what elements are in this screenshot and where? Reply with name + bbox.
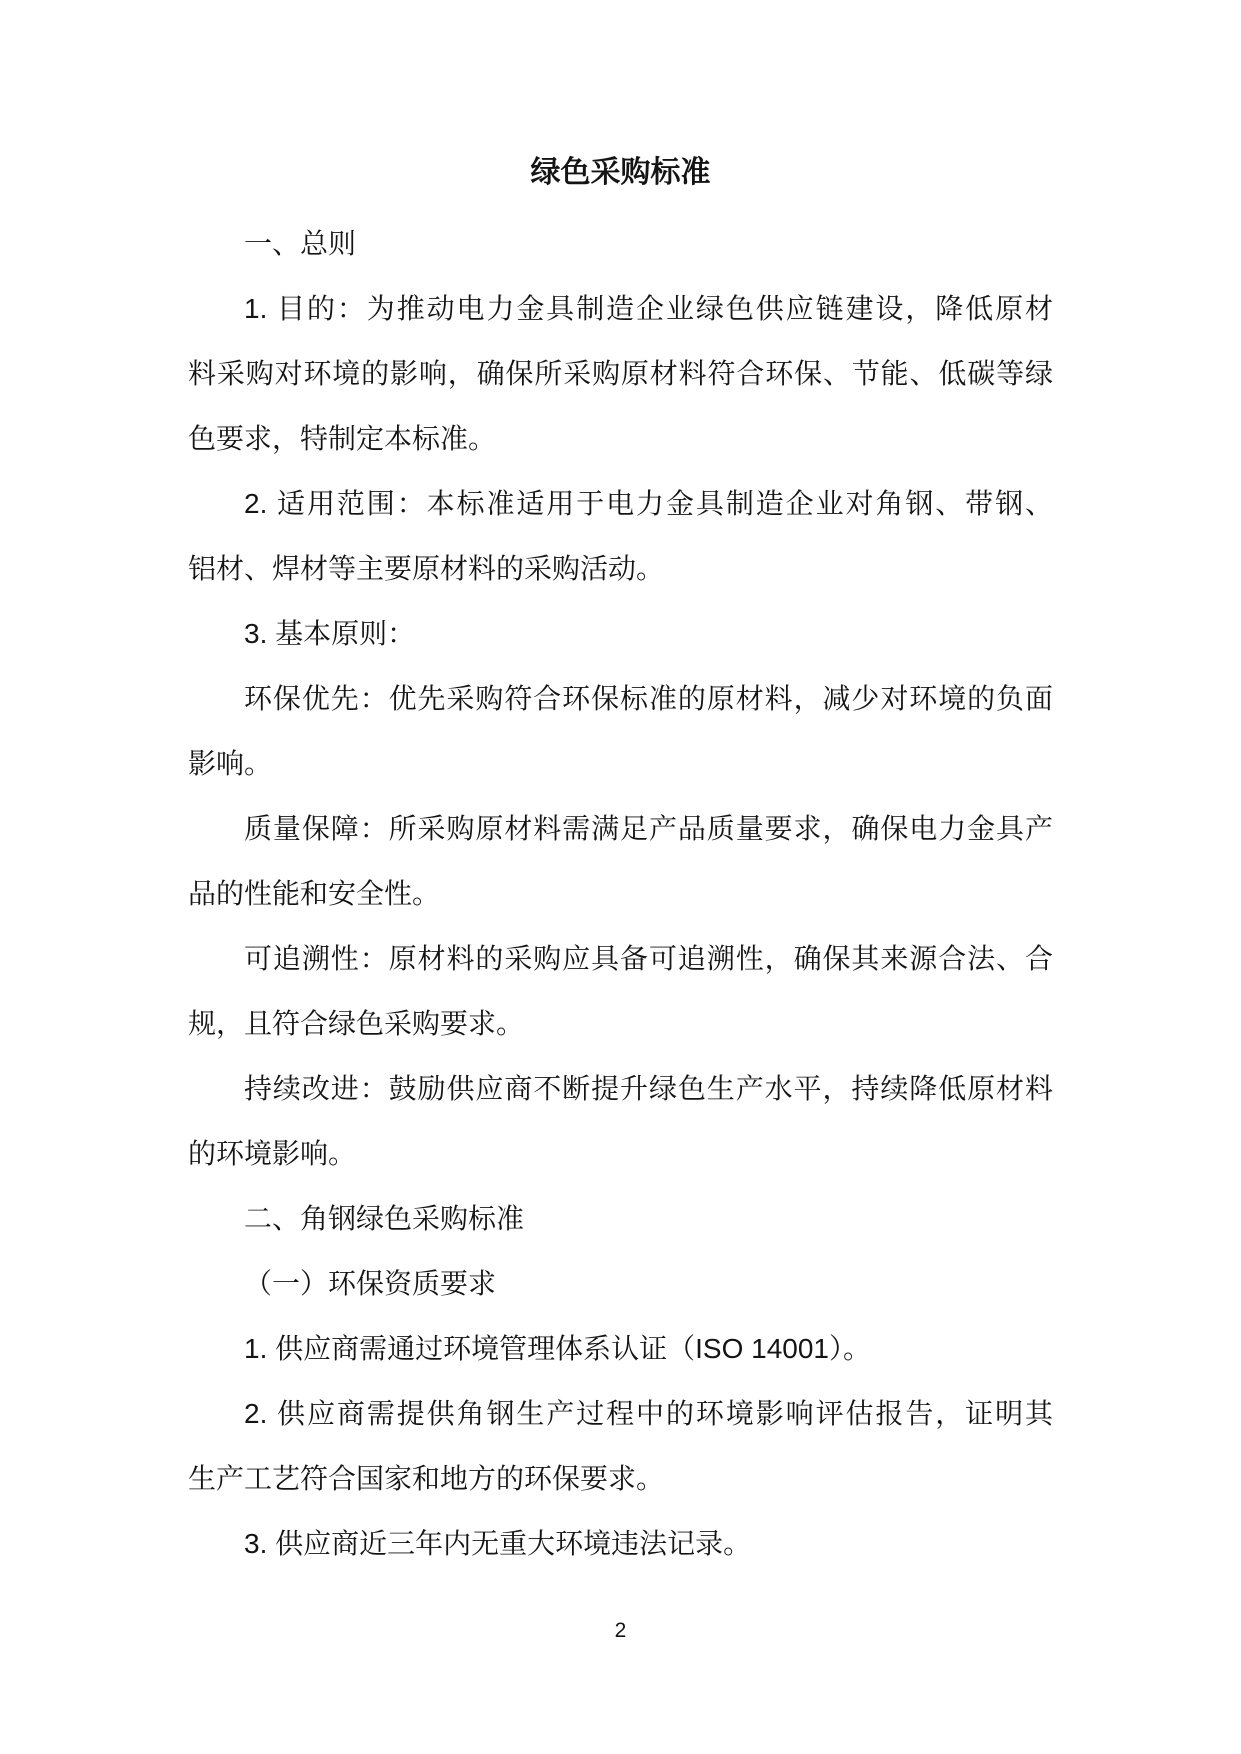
paragraph-line: 环保优先：优先采购符合环保标准的原材料，减少对环境的负面 [188, 666, 1053, 731]
paragraph: （一）环保资质要求 [188, 1251, 1053, 1316]
paragraph-line: 色要求，特制定本标准。 [188, 406, 1053, 471]
paragraph: 质量保障：所采购原材料需满足产品质量要求，确保电力金具产品的性能和安全性。 [188, 796, 1053, 926]
paragraph-line: 生产工艺符合国家和地方的环保要求。 [188, 1446, 1053, 1511]
paragraph-line: 可追溯性：原材料的采购应具备可追溯性，确保其来源合法、合 [188, 926, 1053, 991]
paragraph-line: 一、总则 [188, 211, 1053, 276]
paragraph-line: 影响。 [188, 731, 1053, 796]
paragraph-line: 1. 目的：为推动电力金具制造企业绿色供应链建设，降低原材 [188, 276, 1053, 341]
paragraph: 3. 供应商近三年内无重大环境违法记录。 [188, 1511, 1053, 1576]
paragraph: 3. 基本原则： [188, 601, 1053, 666]
paragraph: 一、总则 [188, 211, 1053, 276]
paragraph-line: 品的性能和安全性。 [188, 861, 1053, 926]
paragraph: 2. 供应商需提供角钢生产过程中的环境影响评估报告，证明其生产工艺符合国家和地方… [188, 1381, 1053, 1511]
paragraph-line: 的环境影响。 [188, 1121, 1053, 1186]
paragraph: 1. 供应商需通过环境管理体系认证（ISO 14001）。 [188, 1316, 1053, 1381]
paragraph-line: 规，且符合绿色采购要求。 [188, 991, 1053, 1056]
document-title: 绿色采购标准 [188, 150, 1053, 196]
paragraph-line: 铝材、焊材等主要原材料的采购活动。 [188, 536, 1053, 601]
paragraph-line: 3. 供应商近三年内无重大环境违法记录。 [188, 1511, 1053, 1576]
paragraph-line: 料采购对环境的影响，确保所采购原材料符合环保、节能、低碳等绿 [188, 341, 1053, 406]
paragraph: 1. 目的：为推动电力金具制造企业绿色供应链建设，降低原材料采购对环境的影响，确… [188, 276, 1053, 471]
page-number: 2 [615, 1619, 627, 1642]
paragraph-line: 质量保障：所采购原材料需满足产品质量要求，确保电力金具产 [188, 796, 1053, 861]
paragraph-line: 2. 供应商需提供角钢生产过程中的环境影响评估报告，证明其 [188, 1381, 1053, 1446]
document-body: 一、总则1. 目的：为推动电力金具制造企业绿色供应链建设，降低原材料采购对环境的… [188, 211, 1053, 1576]
paragraph-line: 2. 适用范围：本标准适用于电力金具制造企业对角钢、带钢、 [188, 471, 1053, 536]
paragraph-line: 二、角钢绿色采购标准 [188, 1186, 1053, 1251]
paragraph: 可追溯性：原材料的采购应具备可追溯性，确保其来源合法、合规，且符合绿色采购要求。 [188, 926, 1053, 1056]
paragraph: 环保优先：优先采购符合环保标准的原材料，减少对环境的负面影响。 [188, 666, 1053, 796]
paragraph-line: 3. 基本原则： [188, 601, 1053, 666]
paragraph-line: （一）环保资质要求 [188, 1251, 1053, 1316]
paragraph: 持续改进：鼓励供应商不断提升绿色生产水平，持续降低原材料的环境影响。 [188, 1056, 1053, 1186]
page-footer: 2 [0, 1616, 1241, 1646]
paragraph-line: 持续改进：鼓励供应商不断提升绿色生产水平，持续降低原材料 [188, 1056, 1053, 1121]
document-content: 绿色采购标准 一、总则1. 目的：为推动电力金具制造企业绿色供应链建设，降低原材… [188, 150, 1053, 1576]
document-page: 绿色采购标准 一、总则1. 目的：为推动电力金具制造企业绿色供应链建设，降低原材… [0, 0, 1241, 1754]
paragraph-line: 1. 供应商需通过环境管理体系认证（ISO 14001）。 [188, 1316, 1053, 1381]
paragraph: 二、角钢绿色采购标准 [188, 1186, 1053, 1251]
paragraph: 2. 适用范围：本标准适用于电力金具制造企业对角钢、带钢、铝材、焊材等主要原材料… [188, 471, 1053, 601]
